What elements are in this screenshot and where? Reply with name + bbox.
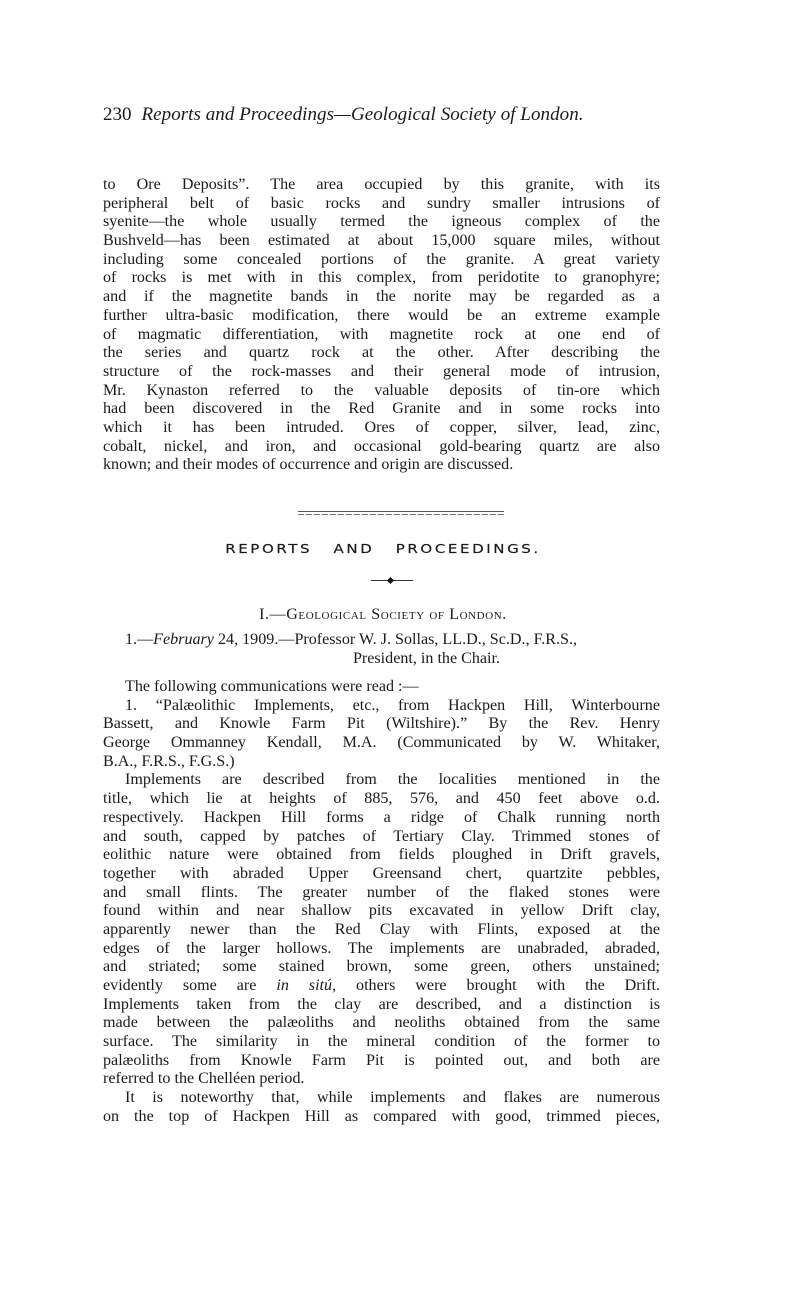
section-title: REPORTS AND PROCEEDINGS. <box>103 541 663 556</box>
abstract-line: title, which lie at heights of 885, 576,… <box>103 790 660 809</box>
text-line: peripheral belt of basic rocks and sundr… <box>103 195 660 214</box>
meeting-month: February <box>153 631 214 648</box>
meeting-details: 24, 1909.—Professor W. J. Sollas, LL.D.,… <box>214 631 577 648</box>
meeting-date-line: 1.—February 24, 1909.—Professor W. J. So… <box>103 630 660 649</box>
abstract-line: palæoliths from Knowle Farm Pit is point… <box>103 1052 660 1071</box>
abstract-line: found within and near shallow pits excav… <box>103 902 660 921</box>
section-title-word: AND <box>334 541 375 556</box>
abstract-line: together with abraded Upper Greensand ch… <box>103 865 660 884</box>
abstract-line: and small flints. The greater number of … <box>103 884 660 903</box>
abstract-line: evidently some are in sitú, others were … <box>103 977 660 996</box>
abstract-line: made between the palæoliths and neoliths… <box>103 1014 660 1033</box>
text-line: and if the magnetite bands in the norite… <box>103 288 660 307</box>
section-title-word: PROCEEDINGS. <box>396 541 541 556</box>
ornament-divider-icon <box>371 578 413 584</box>
abstract-line: surface. The similarity in the mineral c… <box>103 1033 660 1052</box>
paper-title-line: B.A., F.R.S., F.G.S.) <box>103 753 660 772</box>
divider-line <box>298 511 504 512</box>
text-line: further ultra-basic modification, there … <box>103 307 660 326</box>
society-heading: I.—Geological Society of London. <box>103 606 663 624</box>
section-divider-rule <box>298 510 504 518</box>
text-line: Bushveld—has been estimated at about 15,… <box>103 232 660 251</box>
text-line: to Ore Deposits”. The area occupied by t… <box>103 176 660 195</box>
text-line: cobalt, nickel, and iron, and occasional… <box>103 438 660 457</box>
text-line: including some concealed portions of the… <box>103 251 660 270</box>
running-title: Reports and Proceedings—Geological Socie… <box>142 104 584 125</box>
text-line: of rocks is met with in this complex, fr… <box>103 269 660 288</box>
abstract-line: and south, capped by patches of Tertiary… <box>103 828 660 847</box>
text-line: syenite—the whole usually termed the ign… <box>103 213 660 232</box>
text-line: structure of the rock-masses and their g… <box>103 363 660 382</box>
abstract-line: edges of the larger hollows. The impleme… <box>103 940 660 959</box>
paragraph-line: on the top of Hackpen Hill as compared w… <box>103 1108 660 1127</box>
paper-title-line: George Ommanney Kendall, M.A. (Communica… <box>103 734 660 753</box>
text-line: the series and quartz rock at the other.… <box>103 344 660 363</box>
abstract-line: Implements taken from the clay are descr… <box>103 996 660 1015</box>
meeting-number: 1.— <box>125 631 153 648</box>
text-line: which it has been intruded. Ores of copp… <box>103 419 660 438</box>
meeting-header: 1.—February 24, 1909.—Professor W. J. So… <box>103 630 660 668</box>
section-title-word: REPORTS <box>225 541 312 556</box>
abstract-line: referred to the Chelléen period. <box>103 1070 660 1089</box>
abstract-line: respectively. Hackpen Hill forms a ridge… <box>103 809 660 828</box>
abstract-line: eolithic nature were obtained from field… <box>103 846 660 865</box>
communications-section: The following communications were read :… <box>103 678 660 1127</box>
text-line: had been discovered in the Red Granite a… <box>103 400 660 419</box>
continuation-paragraph: to Ore Deposits”. The area occupied by t… <box>103 176 660 475</box>
paper-title-line: 1. “Palæolithic Implements, etc., from H… <box>103 697 660 716</box>
running-header: 230Reports and Proceedings—Geological So… <box>103 104 663 126</box>
meeting-chair-line: President, in the Chair. <box>103 649 660 668</box>
italic-term: in sitú <box>276 977 332 994</box>
abstract-line: and striated; some stained brown, some g… <box>103 958 660 977</box>
text-line: Mr. Kynaston referred to the valuable de… <box>103 382 660 401</box>
text-line: of magmatic differentiation, with magnet… <box>103 326 660 345</box>
text-line: known; and their modes of occurrence and… <box>103 456 660 475</box>
page-number: 230 <box>103 104 132 125</box>
communications-intro: The following communications were read :… <box>103 678 660 697</box>
divider-line <box>298 514 504 515</box>
paragraph-line: It is noteworthy that, while implements … <box>103 1089 660 1108</box>
abstract-line: Implements are described from the locali… <box>103 771 660 790</box>
paper-title-line: Bassett, and Knowle Farm Pit (Wiltshire)… <box>103 715 660 734</box>
abstract-line: apparently newer than the Red Clay with … <box>103 921 660 940</box>
